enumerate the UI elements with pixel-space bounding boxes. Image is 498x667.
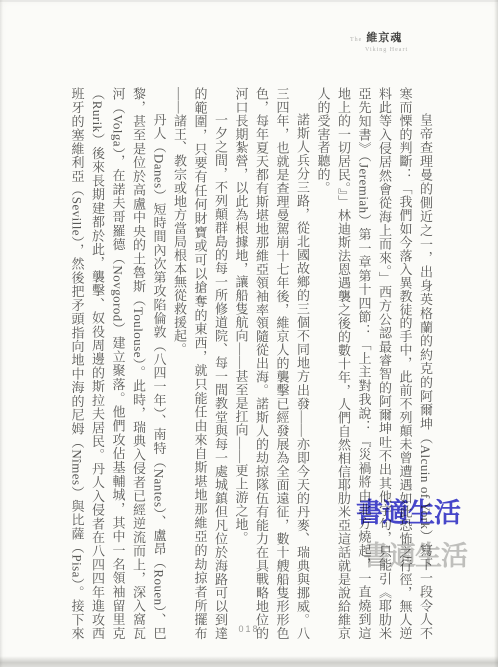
brand-title: 維京魂 bbox=[366, 33, 402, 44]
scan-edge-left bbox=[0, 0, 3, 667]
body-text: 皇帝查理曼的側近之一，出身英格蘭的約克的阿爾坤（Alcuin of York）寫… bbox=[64, 87, 435, 640]
page-number: 018 bbox=[0, 624, 498, 634]
brand-subtitle: Viking Heart bbox=[365, 47, 408, 53]
body-paragraph: 丹人（Danes）短時間內次第攻陷倫敦（八四一年）、南特（Nantes）、盧昂（… bbox=[64, 87, 169, 640]
scan-edge-top bbox=[0, 0, 498, 2]
brand-prefix-label: The bbox=[350, 37, 362, 44]
book-page: The 維京魂 Viking Heart 皇帝查理曼的側近之一，出身英格蘭的約克… bbox=[0, 0, 498, 667]
body-paragraph: 皇帝查理曼的側近之一，出身英格蘭的約克的阿爾坤（Alcuin of York）寫… bbox=[312, 87, 435, 640]
book-brand-logo: The 維京魂 Viking Heart bbox=[350, 33, 408, 53]
brand-row: The 維京魂 bbox=[350, 33, 408, 44]
body-paragraph: 諾斯人兵分三路，從北國故鄉的三個不同地方出發——亦即今天的丹麥、瑞典與挪威。八三… bbox=[230, 87, 312, 640]
scan-edge-bottom bbox=[0, 656, 498, 667]
body-paragraph: 一夕之間，不列顛群島的每一所修道院、每一間教堂與每一處城鎮但凡位於海路可以到達的… bbox=[169, 87, 231, 640]
scan-edge-right bbox=[494, 0, 498, 667]
